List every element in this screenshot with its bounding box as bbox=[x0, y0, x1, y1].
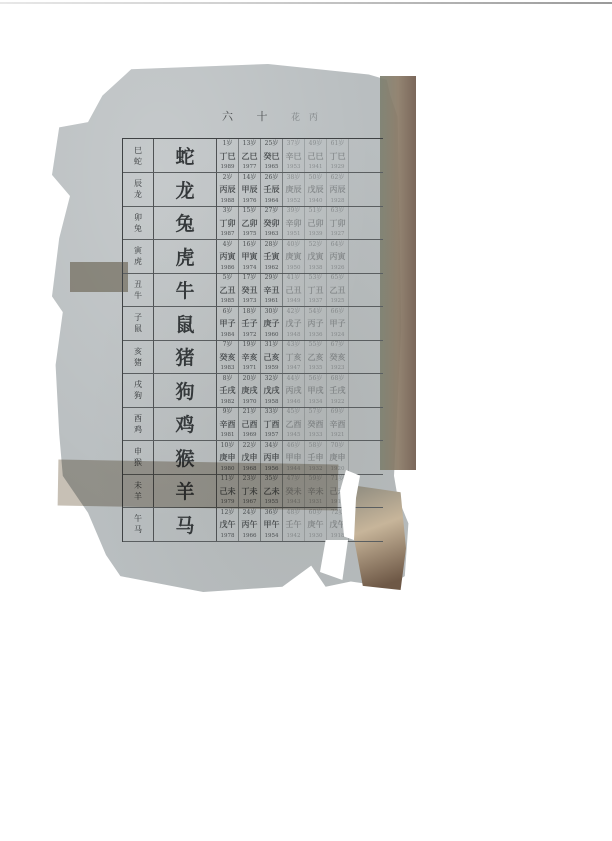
zodiac-animal: 鸡 bbox=[154, 407, 217, 440]
age-cell: 44岁丙戌1946 bbox=[283, 374, 305, 407]
zodiac-animal: 猪 bbox=[154, 340, 217, 373]
year-value: 1951 bbox=[287, 231, 301, 238]
year-value: 1971 bbox=[243, 365, 257, 372]
age-cell: 31岁己亥1959 bbox=[261, 340, 283, 373]
ganzhi-value: 辛酉 bbox=[220, 419, 236, 429]
age-value: 21岁 bbox=[243, 408, 257, 415]
ganzhi-value: 庚戌 bbox=[242, 385, 258, 395]
age-cell: 1岁丁巳1989 bbox=[217, 139, 239, 172]
age-value: 15岁 bbox=[243, 207, 257, 214]
year-value: 1964 bbox=[265, 198, 279, 205]
age-cell: 57岁癸酉1933 bbox=[305, 407, 327, 440]
age-value: 66岁 bbox=[331, 308, 345, 315]
age-value: 32岁 bbox=[265, 375, 279, 382]
age-value: 63岁 bbox=[331, 207, 345, 214]
ganzhi-value: 己亥 bbox=[264, 352, 280, 362]
age-cell: 54岁丙子1936 bbox=[305, 307, 327, 340]
age-value: 68岁 bbox=[331, 375, 345, 382]
age-value: 28岁 bbox=[265, 241, 279, 248]
table-row: 丑牛牛5岁乙丑198517岁癸丑197329岁辛丑196141岁己丑194953… bbox=[123, 273, 383, 307]
page-header-title: 六 十 bbox=[222, 110, 278, 123]
year-value: 1939 bbox=[309, 231, 323, 238]
age-cells: 8岁壬戌198220岁庚戌197032岁戊戌195844岁丙戌194656岁甲戌… bbox=[217, 374, 383, 407]
age-cell: 65岁乙丑1925 bbox=[327, 273, 349, 306]
age-cell: 66岁甲子1924 bbox=[327, 307, 349, 340]
age-value: 37岁 bbox=[287, 140, 301, 147]
ganzhi-value: 乙丑 bbox=[220, 285, 236, 295]
year-value: 1974 bbox=[243, 265, 257, 272]
ganzhi-value: 丁丑 bbox=[308, 285, 324, 295]
ganzhi-value: 甲申 bbox=[286, 452, 302, 462]
age-value: 39岁 bbox=[287, 207, 301, 214]
ganzhi-value: 戊寅 bbox=[308, 251, 324, 261]
year-value: 1947 bbox=[287, 365, 301, 372]
ganzhi-value: 癸亥 bbox=[330, 352, 346, 362]
year-value: 1961 bbox=[265, 298, 279, 305]
age-value: 12岁 bbox=[221, 509, 235, 516]
age-cells: 5岁乙丑198517岁癸丑197329岁辛丑196141岁己丑194953岁丁丑… bbox=[217, 273, 383, 306]
table-row: 寅虎虎4岁丙寅198616岁甲寅197428岁壬寅196240岁庚寅195052… bbox=[123, 240, 383, 274]
age-value: 3岁 bbox=[223, 207, 233, 214]
age-cell: 18岁壬子1972 bbox=[239, 307, 261, 340]
year-value: 1923 bbox=[331, 365, 345, 372]
ganzhi-value: 戊午 bbox=[220, 519, 236, 529]
table-row: 辰龙龙2岁丙辰198814岁甲辰197626岁壬辰196438岁庚辰195250… bbox=[123, 173, 383, 207]
zodiac-animal: 兔 bbox=[154, 206, 217, 239]
ganzhi-value: 庚寅 bbox=[286, 251, 302, 261]
age-value: 26岁 bbox=[265, 174, 279, 181]
age-cell: 5岁乙丑1985 bbox=[217, 273, 239, 306]
age-cell: 12岁戊午1978 bbox=[217, 508, 239, 541]
age-cells: 6岁甲子198418岁壬子197230岁庚子196042岁戊子194854岁丙子… bbox=[217, 307, 383, 340]
year-value: 1954 bbox=[265, 533, 279, 540]
age-value: 67岁 bbox=[331, 341, 345, 348]
age-value: 58岁 bbox=[309, 442, 323, 449]
ganzhi-value: 庚午 bbox=[308, 519, 324, 529]
ganzhi-value: 己卯 bbox=[308, 218, 324, 228]
age-cell: 51岁己卯1939 bbox=[305, 206, 327, 239]
ganzhi-value: 戊子 bbox=[286, 318, 302, 328]
year-value: 1930 bbox=[309, 533, 323, 540]
ganzhi-value: 丙辰 bbox=[220, 184, 236, 194]
year-value: 1972 bbox=[243, 332, 257, 339]
age-cells: 12岁戊午197824岁丙午196636岁甲午195448岁壬午194260岁庚… bbox=[217, 508, 383, 541]
ganzhi-value: 丁酉 bbox=[264, 419, 280, 429]
age-value: 43岁 bbox=[287, 341, 301, 348]
age-value: 13岁 bbox=[243, 140, 257, 147]
table-row: 亥猪猪7岁癸亥198319岁辛亥197131岁己亥195943岁丁亥194755… bbox=[123, 340, 383, 374]
zodiac-animal: 蛇 bbox=[154, 139, 217, 172]
ganzhi-value: 甲子 bbox=[220, 318, 236, 328]
ganzhi-value: 丁亥 bbox=[286, 352, 302, 362]
ganzhi-value: 壬午 bbox=[286, 519, 302, 529]
year-value: 1950 bbox=[287, 265, 301, 272]
year-value: 1984 bbox=[221, 332, 235, 339]
page-header: 六 十 花 丙 bbox=[222, 108, 342, 124]
year-value: 1922 bbox=[331, 399, 345, 406]
age-value: 45岁 bbox=[287, 408, 301, 415]
ganzhi-value: 庚子 bbox=[264, 318, 280, 328]
ganzhi-value: 乙亥 bbox=[308, 352, 324, 362]
age-value: 5岁 bbox=[223, 274, 233, 281]
age-cell: 63岁丁卯1927 bbox=[327, 206, 349, 239]
age-cell: 39岁辛卯1951 bbox=[283, 206, 305, 239]
table-row: 巳蛇蛇1岁丁巳198913岁乙巳197725岁癸巳196537岁辛巳195349… bbox=[123, 139, 383, 173]
age-value: 17岁 bbox=[243, 274, 257, 281]
ganzhi-value: 丙辰 bbox=[330, 184, 346, 194]
age-cell: 9岁辛酉1981 bbox=[217, 407, 239, 440]
ganzhi-value: 辛酉 bbox=[330, 419, 346, 429]
age-cell: 68岁壬戌1922 bbox=[327, 374, 349, 407]
ganzhi-value: 戊辰 bbox=[308, 184, 324, 194]
age-cell: 3岁丁卯1987 bbox=[217, 206, 239, 239]
age-cell: 30岁庚子1960 bbox=[261, 307, 283, 340]
year-value: 1986 bbox=[221, 265, 235, 272]
year-value: 1937 bbox=[309, 298, 323, 305]
age-value: 14岁 bbox=[243, 174, 257, 181]
ganzhi-value: 己巳 bbox=[308, 151, 324, 161]
age-cell: 56岁甲戌1934 bbox=[305, 374, 327, 407]
table-row: 戌狗狗8岁壬戌198220岁庚戌197032岁戊戌195844岁丙戌194656… bbox=[123, 374, 383, 408]
age-value: 31岁 bbox=[265, 341, 279, 348]
age-value: 41岁 bbox=[287, 274, 301, 281]
ganzhi-value: 壬戌 bbox=[220, 385, 236, 395]
age-value: 42岁 bbox=[287, 308, 301, 315]
earthly-branch-label: 巳蛇 bbox=[123, 139, 154, 172]
zodiac-animal: 牛 bbox=[154, 273, 217, 306]
age-cell: 52岁戊寅1938 bbox=[305, 240, 327, 273]
age-cell: 41岁己丑1949 bbox=[283, 273, 305, 306]
ganzhi-value: 甲辰 bbox=[242, 184, 258, 194]
ganzhi-value: 丙子 bbox=[308, 318, 324, 328]
ganzhi-value: 戊申 bbox=[242, 452, 258, 462]
age-cell: 49岁己巳1941 bbox=[305, 139, 327, 172]
age-cell: 16岁甲寅1974 bbox=[239, 240, 261, 273]
year-value: 1927 bbox=[331, 231, 345, 238]
year-value: 1962 bbox=[265, 265, 279, 272]
year-value: 1935 bbox=[309, 365, 323, 372]
age-cell: 50岁戊辰1940 bbox=[305, 173, 327, 206]
age-value: 25岁 bbox=[265, 140, 279, 147]
age-value: 36岁 bbox=[265, 509, 279, 516]
age-cell: 20岁庚戌1970 bbox=[239, 374, 261, 407]
year-value: 1948 bbox=[287, 332, 301, 339]
ganzhi-value: 庚申 bbox=[220, 452, 236, 462]
year-value: 1959 bbox=[265, 365, 279, 372]
ganzhi-value: 壬申 bbox=[308, 452, 324, 462]
age-value: 64岁 bbox=[331, 241, 345, 248]
earthly-branch-label: 卯兔 bbox=[123, 206, 154, 239]
year-value: 1977 bbox=[243, 164, 257, 171]
year-value: 1938 bbox=[309, 265, 323, 272]
age-cell: 62岁丙辰1928 bbox=[327, 173, 349, 206]
year-value: 1966 bbox=[243, 533, 257, 540]
age-cell: 15岁乙卯1975 bbox=[239, 206, 261, 239]
year-value: 1965 bbox=[265, 164, 279, 171]
ganzhi-value: 丙申 bbox=[264, 452, 280, 462]
age-cell: 67岁癸亥1923 bbox=[327, 340, 349, 373]
table-row: 卯兔兔3岁丁卯198715岁乙卯197527岁癸卯196339岁辛卯195151… bbox=[123, 206, 383, 240]
age-cells: 4岁丙寅198616岁甲寅197428岁壬寅196240岁庚寅195052岁戊寅… bbox=[217, 240, 383, 273]
age-cell: 38岁庚辰1952 bbox=[283, 173, 305, 206]
age-cell: 61岁丁巳1929 bbox=[327, 139, 349, 172]
page-header-faint: 花 丙 bbox=[291, 113, 321, 123]
ganzhi-value: 壬辰 bbox=[264, 184, 280, 194]
ganzhi-value: 丙午 bbox=[242, 519, 258, 529]
ganzhi-value: 癸卯 bbox=[264, 218, 280, 228]
table-row: 子鼠鼠6岁甲子198418岁壬子197230岁庚子196042岁戊子194854… bbox=[123, 307, 383, 341]
age-cell: 45岁乙酉1945 bbox=[283, 407, 305, 440]
age-cell: 32岁戊戌1958 bbox=[261, 374, 283, 407]
age-cells: 9岁辛酉198121岁己酉196933岁丁酉195745岁乙酉194557岁癸酉… bbox=[217, 407, 383, 440]
age-cell: 37岁辛巳1953 bbox=[283, 139, 305, 172]
age-cell: 33岁丁酉1957 bbox=[261, 407, 283, 440]
year-value: 1953 bbox=[287, 164, 301, 171]
earthly-branch-label: 亥猪 bbox=[123, 340, 154, 373]
age-value: 8岁 bbox=[223, 375, 233, 382]
ganzhi-value: 己酉 bbox=[242, 419, 258, 429]
year-value: 1958 bbox=[265, 399, 279, 406]
age-cell: 40岁庚寅1950 bbox=[283, 240, 305, 273]
age-value: 46岁 bbox=[287, 442, 301, 449]
ganzhi-value: 丁卯 bbox=[220, 218, 236, 228]
year-value: 1981 bbox=[221, 432, 235, 439]
ganzhi-value: 乙卯 bbox=[242, 218, 258, 228]
age-cell: 42岁戊子1948 bbox=[283, 307, 305, 340]
year-value: 1934 bbox=[309, 399, 323, 406]
age-cell: 27岁癸卯1963 bbox=[261, 206, 283, 239]
year-value: 1942 bbox=[287, 533, 301, 540]
age-cell: 28岁壬寅1962 bbox=[261, 240, 283, 273]
age-cell: 55岁乙亥1935 bbox=[305, 340, 327, 373]
age-value: 40岁 bbox=[287, 241, 301, 248]
year-value: 1952 bbox=[287, 198, 301, 205]
earthly-branch-label: 寅虎 bbox=[123, 240, 154, 273]
age-cells: 3岁丁卯198715岁乙卯197527岁癸卯196339岁辛卯195151岁己卯… bbox=[217, 206, 383, 239]
ganzhi-value: 丁卯 bbox=[330, 218, 346, 228]
year-value: 1946 bbox=[287, 399, 301, 406]
age-value: 62岁 bbox=[331, 174, 345, 181]
year-value: 1925 bbox=[331, 298, 345, 305]
ganzhi-value: 壬戌 bbox=[330, 385, 346, 395]
binding-spine bbox=[380, 76, 416, 470]
year-value: 1963 bbox=[265, 231, 279, 238]
age-value: 29岁 bbox=[265, 274, 279, 281]
ganzhi-value: 丙戌 bbox=[286, 385, 302, 395]
year-value: 1975 bbox=[243, 231, 257, 238]
age-cell: 26岁壬辰1964 bbox=[261, 173, 283, 206]
ganzhi-value: 丁巳 bbox=[220, 151, 236, 161]
age-value: 51岁 bbox=[309, 207, 323, 214]
age-value: 65岁 bbox=[331, 274, 345, 281]
zodiac-animal: 狗 bbox=[154, 374, 217, 407]
age-cell: 53岁丁丑1937 bbox=[305, 273, 327, 306]
age-value: 19岁 bbox=[243, 341, 257, 348]
age-cell: 36岁甲午1954 bbox=[261, 508, 283, 541]
age-value: 56岁 bbox=[309, 375, 323, 382]
ganzhi-value: 戊戌 bbox=[264, 385, 280, 395]
age-cell: 64岁丙寅1926 bbox=[327, 240, 349, 273]
age-value: 18岁 bbox=[243, 308, 257, 315]
zodiac-animal: 虎 bbox=[154, 240, 217, 273]
year-value: 1978 bbox=[221, 533, 235, 540]
age-value: 54岁 bbox=[309, 308, 323, 315]
age-value: 52岁 bbox=[309, 241, 323, 248]
year-value: 1933 bbox=[309, 432, 323, 439]
age-value: 55岁 bbox=[309, 341, 323, 348]
year-value: 1987 bbox=[221, 231, 235, 238]
ganzhi-value: 癸亥 bbox=[220, 352, 236, 362]
year-value: 1924 bbox=[331, 332, 345, 339]
earthly-branch-label: 午马 bbox=[123, 508, 154, 541]
age-cell: 14岁甲辰1976 bbox=[239, 173, 261, 206]
ganzhi-value: 庚辰 bbox=[286, 184, 302, 194]
ganzhi-value: 癸巳 bbox=[264, 151, 280, 161]
ganzhi-value: 丁巳 bbox=[330, 151, 346, 161]
age-cell: 6岁甲子1984 bbox=[217, 307, 239, 340]
year-value: 1960 bbox=[265, 332, 279, 339]
ganzhi-value: 乙丑 bbox=[330, 285, 346, 295]
age-value: 34岁 bbox=[265, 442, 279, 449]
age-value: 57岁 bbox=[309, 408, 323, 415]
earthly-branch-label: 丑牛 bbox=[123, 273, 154, 306]
ganzhi-value: 乙酉 bbox=[286, 419, 302, 429]
tape-strip-bottom bbox=[58, 460, 339, 511]
age-value: 2岁 bbox=[223, 174, 233, 181]
age-value: 70岁 bbox=[331, 442, 345, 449]
age-cells: 2岁丙辰198814岁甲辰197626岁壬辰196438岁庚辰195250岁戊辰… bbox=[217, 173, 383, 206]
ganzhi-value: 甲午 bbox=[264, 519, 280, 529]
ganzhi-value: 甲戌 bbox=[308, 385, 324, 395]
earthly-branch-label: 酉鸡 bbox=[123, 407, 154, 440]
ganzhi-value: 辛巳 bbox=[286, 151, 302, 161]
earthly-branch-label: 子鼠 bbox=[123, 307, 154, 340]
ganzhi-value: 甲子 bbox=[330, 318, 346, 328]
zodiac-animal: 鼠 bbox=[154, 307, 217, 340]
age-cell: 17岁癸丑1973 bbox=[239, 273, 261, 306]
age-cell: 19岁辛亥1971 bbox=[239, 340, 261, 373]
age-cell: 4岁丙寅1986 bbox=[217, 240, 239, 273]
age-cell: 8岁壬戌1982 bbox=[217, 374, 239, 407]
ganzhi-value: 辛卯 bbox=[286, 218, 302, 228]
age-cell: 43岁丁亥1947 bbox=[283, 340, 305, 373]
ganzhi-value: 癸酉 bbox=[308, 419, 324, 429]
year-value: 1982 bbox=[221, 399, 235, 406]
age-cell: 25岁癸巳1965 bbox=[261, 139, 283, 172]
ganzhi-value: 癸丑 bbox=[242, 285, 258, 295]
year-value: 1921 bbox=[331, 432, 345, 439]
ganzhi-value: 辛亥 bbox=[242, 352, 258, 362]
year-value: 1988 bbox=[221, 198, 235, 205]
year-value: 1929 bbox=[331, 164, 345, 171]
age-cell: 24岁丙午1966 bbox=[239, 508, 261, 541]
age-value: 10岁 bbox=[221, 442, 235, 449]
tape-strip-left bbox=[70, 262, 128, 292]
year-value: 1918 bbox=[331, 533, 345, 540]
year-value: 1940 bbox=[309, 198, 323, 205]
age-value: 6岁 bbox=[223, 308, 233, 315]
year-value: 1983 bbox=[221, 365, 235, 372]
age-cell: 13岁乙巳1977 bbox=[239, 139, 261, 172]
ganzhi-value: 丙寅 bbox=[220, 251, 236, 261]
age-value: 69岁 bbox=[331, 408, 345, 415]
ganzhi-value: 甲寅 bbox=[242, 251, 258, 261]
ganzhi-value: 己丑 bbox=[286, 285, 302, 295]
ganzhi-value: 辛丑 bbox=[264, 285, 280, 295]
zodiac-animal: 龙 bbox=[154, 173, 217, 206]
age-value: 22岁 bbox=[243, 442, 257, 449]
age-cell: 60岁庚午1930 bbox=[305, 508, 327, 541]
age-cells: 1岁丁巳198913岁乙巳197725岁癸巳196537岁辛巳195349岁己巳… bbox=[217, 139, 383, 172]
age-value: 38岁 bbox=[287, 174, 301, 181]
year-value: 1928 bbox=[331, 198, 345, 205]
age-value: 20岁 bbox=[243, 375, 257, 382]
age-value: 27岁 bbox=[265, 207, 279, 214]
year-value: 1976 bbox=[243, 198, 257, 205]
age-cell: 48岁壬午1942 bbox=[283, 508, 305, 541]
year-value: 1989 bbox=[221, 164, 235, 171]
age-value: 50岁 bbox=[309, 174, 323, 181]
ganzhi-value: 壬子 bbox=[242, 318, 258, 328]
table-row: 酉鸡鸡9岁辛酉198121岁己酉196933岁丁酉195745岁乙酉194557… bbox=[123, 407, 383, 441]
year-value: 1957 bbox=[265, 432, 279, 439]
earthly-branch-label: 戌狗 bbox=[123, 374, 154, 407]
age-cell: 21岁己酉1969 bbox=[239, 407, 261, 440]
age-value: 53岁 bbox=[309, 274, 323, 281]
age-cell: 2岁丙辰1988 bbox=[217, 173, 239, 206]
ganzhi-value: 壬寅 bbox=[264, 251, 280, 261]
year-value: 1926 bbox=[331, 265, 345, 272]
age-cell: 29岁辛丑1961 bbox=[261, 273, 283, 306]
year-value: 1936 bbox=[309, 332, 323, 339]
age-value: 4岁 bbox=[223, 241, 233, 248]
ganzhi-value: 丙寅 bbox=[330, 251, 346, 261]
age-value: 33岁 bbox=[265, 408, 279, 415]
age-value: 9岁 bbox=[223, 408, 233, 415]
year-value: 1985 bbox=[221, 298, 235, 305]
age-value: 61岁 bbox=[331, 140, 345, 147]
year-value: 1945 bbox=[287, 432, 301, 439]
age-value: 44岁 bbox=[287, 375, 301, 382]
age-cell: 7岁癸亥1983 bbox=[217, 340, 239, 373]
year-value: 1941 bbox=[309, 164, 323, 171]
age-cells: 7岁癸亥198319岁辛亥197131岁己亥195943岁丁亥194755岁乙亥… bbox=[217, 340, 383, 373]
earthly-branch-label: 辰龙 bbox=[123, 173, 154, 206]
year-value: 1969 bbox=[243, 432, 257, 439]
age-value: 30岁 bbox=[265, 308, 279, 315]
year-value: 1973 bbox=[243, 298, 257, 305]
ganzhi-value: 庚申 bbox=[330, 452, 346, 462]
ganzhi-value: 乙巳 bbox=[242, 151, 258, 161]
scanner-edge bbox=[0, 2, 612, 4]
zodiac-animal: 马 bbox=[154, 508, 217, 541]
age-value: 24岁 bbox=[243, 509, 257, 516]
year-value: 1970 bbox=[243, 399, 257, 406]
age-cell: 69岁辛酉1921 bbox=[327, 407, 349, 440]
age-value: 7岁 bbox=[223, 341, 233, 348]
age-value: 49岁 bbox=[309, 140, 323, 147]
age-value: 16岁 bbox=[243, 241, 257, 248]
age-value: 1岁 bbox=[223, 140, 233, 147]
year-value: 1949 bbox=[287, 298, 301, 305]
